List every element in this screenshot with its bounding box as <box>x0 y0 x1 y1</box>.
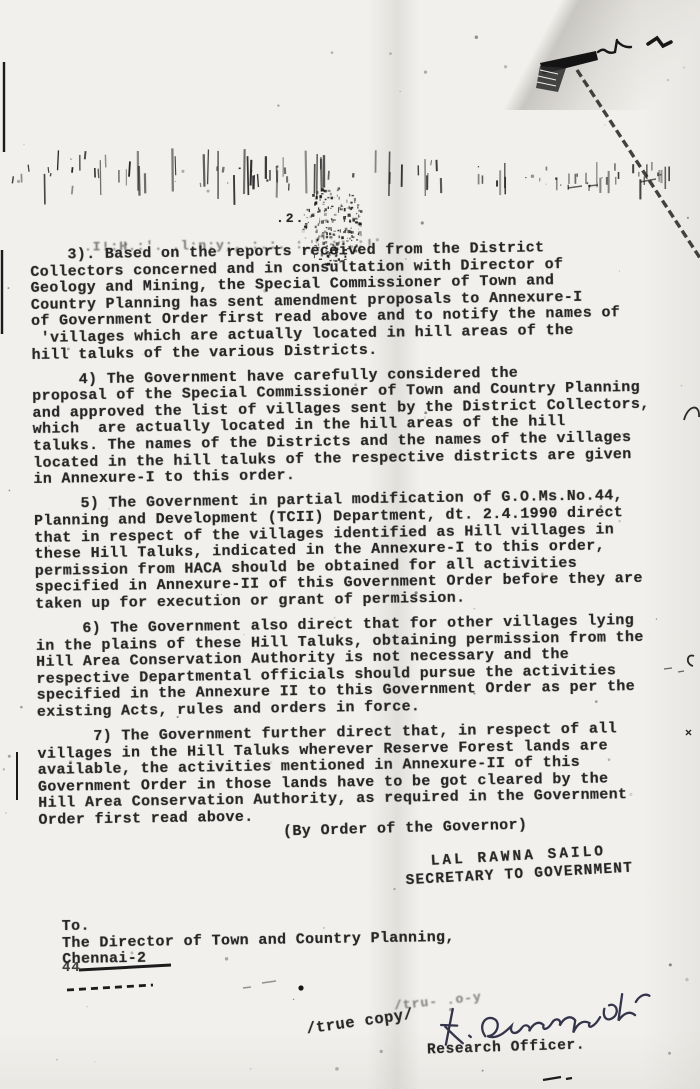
diagonal-crease-line <box>577 70 700 258</box>
bottom-stray-mark <box>543 1077 572 1080</box>
true-copy-stamp-text: /true copy/ <box>305 1006 414 1039</box>
scanned-document-page: .2. .I!:H.:'. .l:n:y;,.:.:. : ' ::.;! 3)… <box>0 0 700 1089</box>
paragraph-3: 3). Based on the reports received from t… <box>30 238 680 364</box>
page-number: .2. <box>276 211 305 226</box>
scratched-number: 44 <box>62 960 81 976</box>
paragraph-4: 4) The Government have carefully conside… <box>32 363 682 489</box>
document-body: 3). Based on the reports received from t… <box>30 238 687 838</box>
faint-marks <box>243 981 276 988</box>
paragraph-5: 5) The Government in partial modificatio… <box>34 488 684 614</box>
ink-bar-blotch <box>536 51 598 92</box>
ink-dot <box>298 985 303 990</box>
left-margin-marks <box>2 62 17 800</box>
paragraph-6: 6) The Government also direct that for o… <box>36 612 685 721</box>
signatory-block: LAL RAWNA SAILO SECRETARY TO GOVERNMENT <box>398 842 640 889</box>
address-line2: Chennai-2 <box>62 946 455 969</box>
top-squiggle-mark <box>598 38 671 53</box>
address-underlines <box>67 965 171 990</box>
corner-crease-shadow <box>440 0 700 110</box>
paragraph-7: 7) The Government further direct that, i… <box>37 720 686 829</box>
address-block: To. The Director of Town and Country Pla… <box>62 913 455 969</box>
